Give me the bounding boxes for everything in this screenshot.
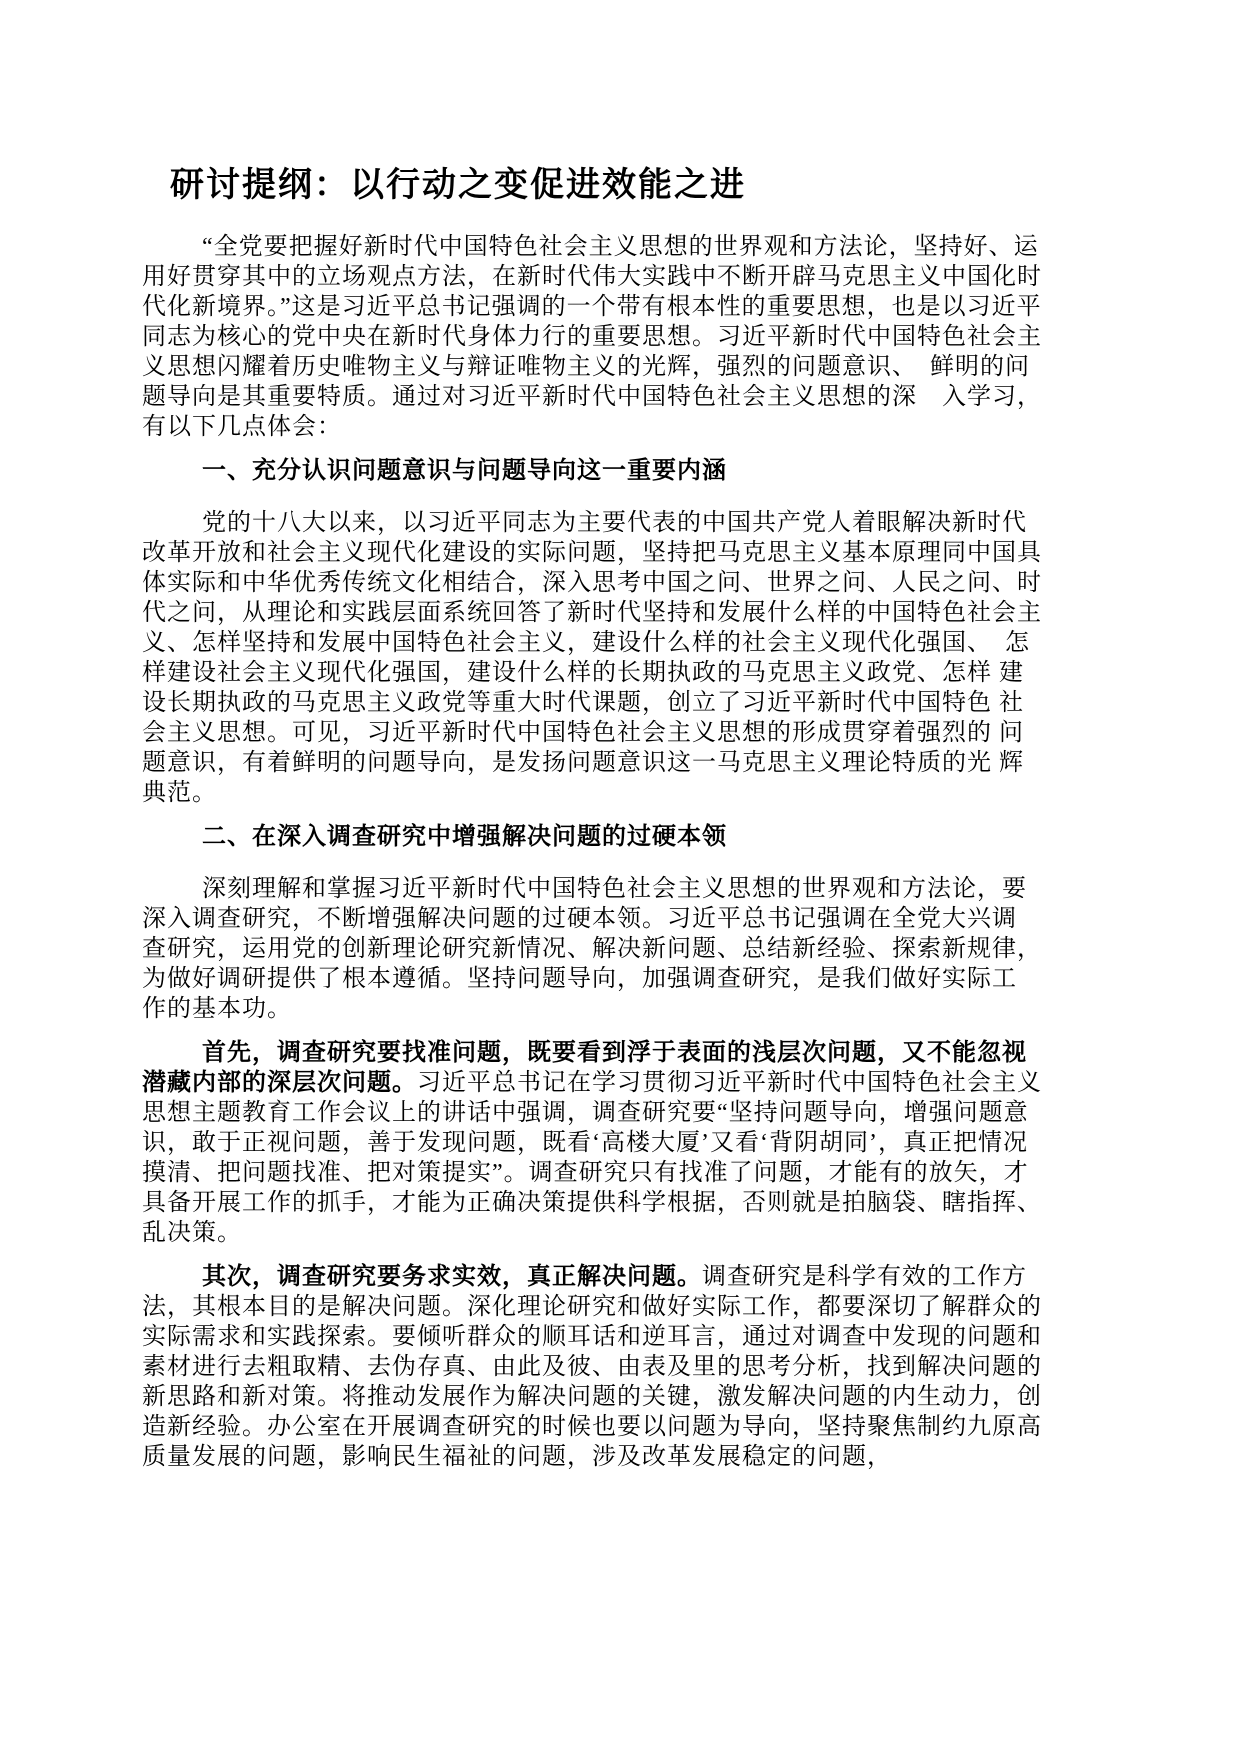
heading-section-2: 二、在深入调查研究中增强解决问题的过硬本领 [142,822,1042,852]
first-point-body-text: 习近平总书记在学习贯彻习近平新时代中国特色社会主义思想主题教育工作会议上的讲话中… [142,1070,1042,1246]
second-point-lead-text: 其次，调查研究要务求实效，真正解决问题。 [202,1263,702,1290]
paragraph-intro: “全党要把握好新时代中国特色社会主义思想的世界观和方法论，坚持好、运用好贯穿其中… [142,232,1042,442]
document-page: 研讨提纲：以行动之变促进效能之进 “全党要把握好新时代中国特色社会主义思想的世界… [0,0,1240,1754]
second-point-body-text: 调查研究是科学有效的工作方法，其根本目的是解决问题。深化理论研究和做好实际工作，… [142,1264,1042,1470]
paragraph-second-point: 其次，调查研究要务求实效，真正解决问题。调查研究是科学有效的工作方法，其根本目的… [142,1262,1042,1472]
paragraph-section-1: 党的十八大以来，以习近平同志为主要代表的中国共产党人着眼解决新时代改革开放和社会… [142,508,1042,808]
paragraph-section-2-intro: 深刻理解和掌握习近平新时代中国特色社会主义思想的世界观和方法论，要 深入调查研究… [142,874,1042,1024]
document-title: 研讨提纲：以行动之变促进效能之进 [170,164,1042,208]
heading-section-1: 一、充分认识问题意识与问题导向这一重要内涵 [142,456,1042,486]
paragraph-first-point: 首先，调查研究要找准问题，既要看到浮于表面的浅层次问题，又不能忽视潜藏内部的深层… [142,1038,1042,1248]
